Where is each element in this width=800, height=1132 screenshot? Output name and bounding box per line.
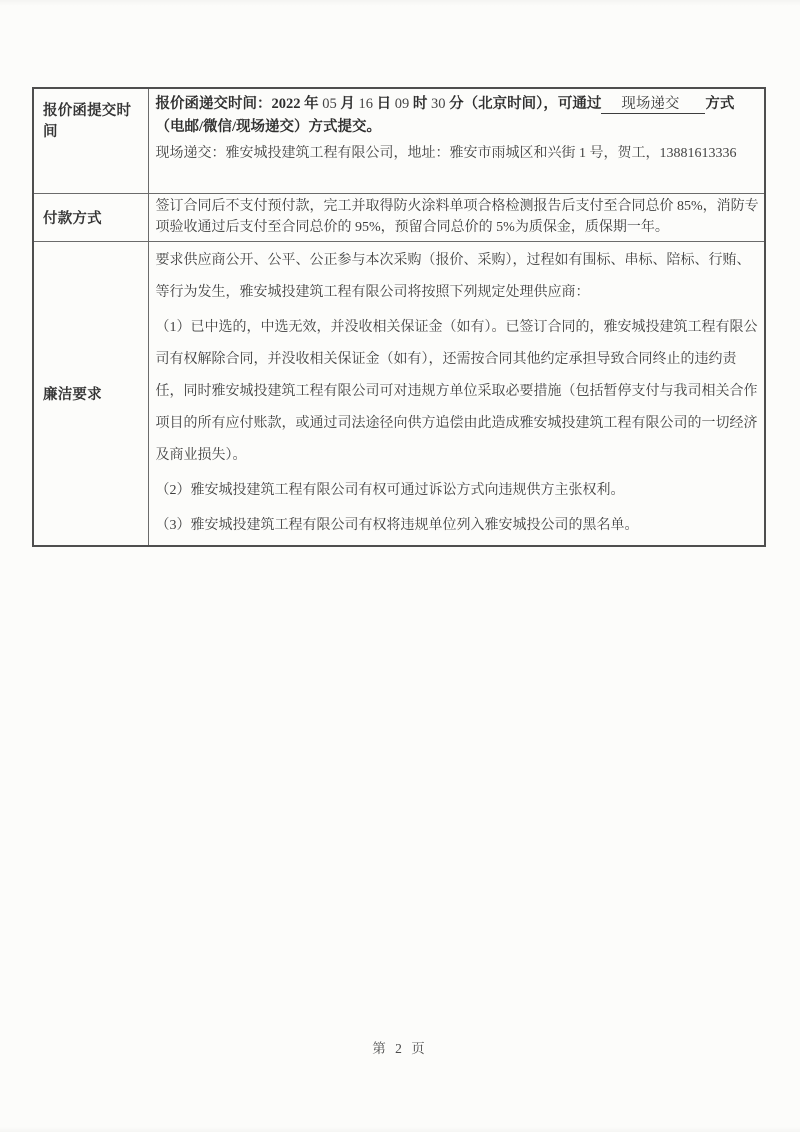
- row-header-quote-submission-time: 报价函提交时间: [33, 88, 148, 193]
- scanned-document-page: 报价函提交时间 报价函递交时间：2022 年 05 月 16 日 09 时 30…: [0, 0, 800, 1132]
- table-row-integrity-requirements: 廉洁要求 要求供应商公开、公平、公正参与本次采购（报价、采购），过程如有围标、串…: [33, 241, 765, 546]
- text-segment: 时: [409, 96, 431, 112]
- cell-payment-terms: 签订合同后不支付预付款，完工并取得防火涂料单项合格检测报告后支付至合同总价 85…: [148, 193, 765, 241]
- quote-deadline-line: 报价函递交时间：2022 年 05 月 16 日 09 时 30 分（北京时间）…: [156, 93, 759, 139]
- integrity-clause-1: （1）已中选的，中选无效，并没收相关保证金（如有）。已签订合同的，雅安城投建筑工…: [156, 312, 760, 472]
- table-row-payment-method: 付款方式 签订合同后不支付预付款，完工并取得防火涂料单项合格检测报告后支付至合同…: [33, 193, 765, 241]
- onsite-delivery-address-line: 现场递交：雅安城投建筑工程有限公司，地址：雅安市雨城区和兴街 1 号，贺工，13…: [156, 143, 759, 165]
- cell-integrity-terms: 要求供应商公开、公平、公正参与本次采购（报价、采购），过程如有围标、串标、陪标、…: [148, 241, 765, 546]
- cell-quote-submission-details: 报价函递交时间：2022 年 05 月 16 日 09 时 30 分（北京时间）…: [148, 88, 765, 193]
- row-header-integrity-requirements: 廉洁要求: [33, 241, 148, 546]
- procurement-info-table: 报价函提交时间 报价函递交时间：2022 年 05 月 16 日 09 时 30…: [32, 87, 766, 547]
- row-header-payment-method: 付款方式: [33, 193, 148, 241]
- text-segment: 报价函递交时间：2022 年: [156, 96, 323, 112]
- integrity-clause-3: （3）雅安城投建筑工程有限公司有权将违规单位列入雅安城投公司的黑名单。: [156, 510, 760, 542]
- integrity-intro-paragraph: 要求供应商公开、公平、公正参与本次采购（报价、采购），过程如有围标、串标、陪标、…: [156, 245, 760, 309]
- hour-value: 09: [395, 96, 410, 112]
- minute-value: 30: [431, 96, 446, 112]
- text-segment: 月: [337, 96, 359, 112]
- table-row-quote-submission: 报价函提交时间 报价函递交时间：2022 年 05 月 16 日 09 时 30…: [33, 88, 765, 193]
- text-segment: 分（北京时间），可通过: [446, 96, 602, 112]
- integrity-clause-2: （2）雅安城投建筑工程有限公司有权可通过诉讼方式向违规供方主张权利。: [156, 475, 760, 507]
- page-number-footer: 第 2 页: [0, 1037, 800, 1057]
- text-segment: 日: [373, 96, 395, 112]
- payment-terms-text: 签订合同后不支付预付款，完工并取得防火涂料单项合格检测报告后支付至合同总价 85…: [156, 196, 760, 239]
- day-value: 16: [359, 96, 374, 112]
- month-value: 05: [322, 96, 337, 112]
- submission-method-fill-in: 现场递交: [601, 96, 705, 114]
